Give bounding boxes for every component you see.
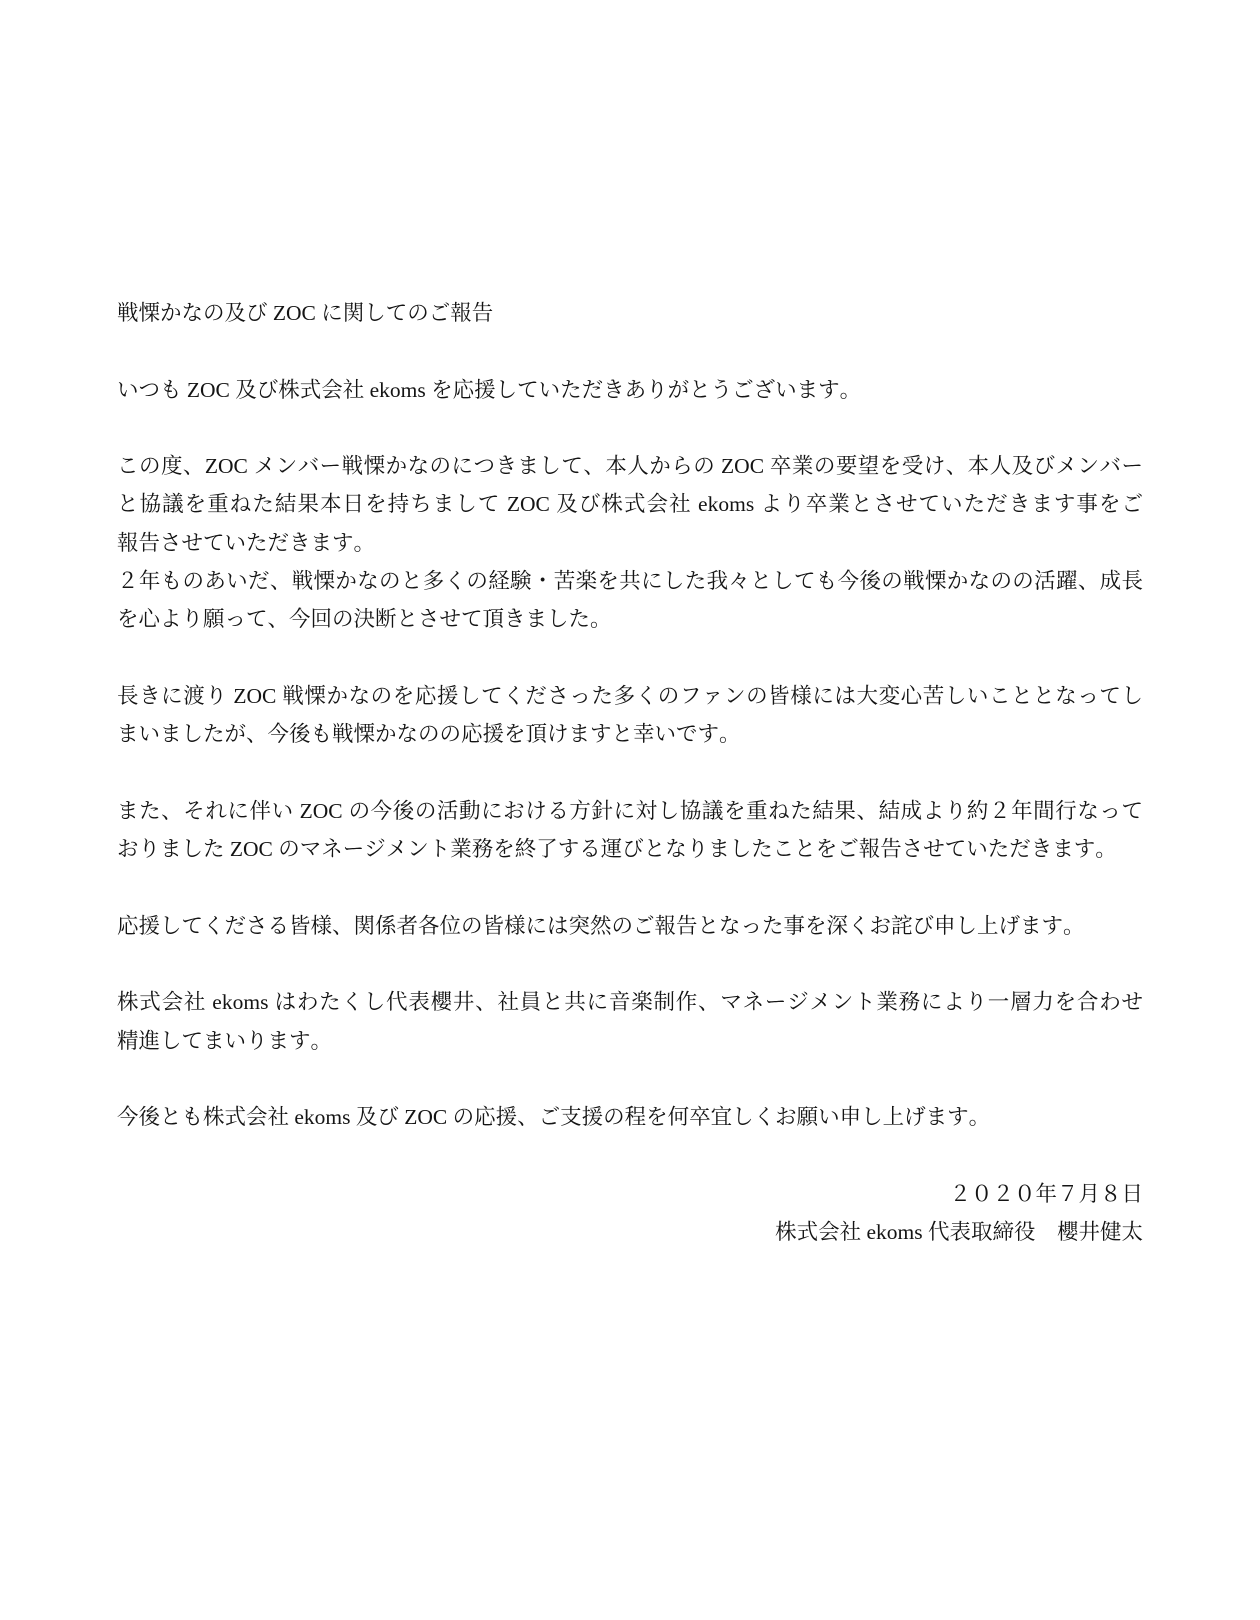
text-line: 精進してまいります。 [117,1022,1143,1060]
paragraph: 応援してくださる皆様、関係者各位の皆様には突然のご報告となった事を深くお詫び申し… [117,907,1143,945]
text-line: 株式会社 ekoms はわたくし代表櫻井、社員と共に音楽制作、マネージメント業務… [117,983,1143,1021]
text-line: を心より願って、今回の決断とさせて頂きました。 [117,600,1143,638]
text-line: と協議を重ねた結果本日を持ちまして ZOC 及び株式会社 ekoms より卒業と… [117,485,1143,523]
paragraph: 今後とも株式会社 ekoms 及び ZOC の応援、ご支援の程を何卒宜しくお願い… [117,1098,1143,1136]
paragraph: いつも ZOC 及び株式会社 ekoms を応援していただきありがとうございます… [117,371,1143,409]
text-line: 今後とも株式会社 ekoms 及び ZOC の応援、ご支援の程を何卒宜しくお願い… [117,1098,1143,1136]
text-line: ２年ものあいだ、戦慄かなのと多くの経験・苦楽を共にした我々としても今後の戦慄かな… [117,562,1143,600]
paragraph: この度、ZOC メンバー戦慄かなのにつきまして、本人からの ZOC 卒業の要望を… [117,447,1143,638]
paragraph: 株式会社 ekoms はわたくし代表櫻井、社員と共に音楽制作、マネージメント業務… [117,983,1143,1060]
text-line: 応援してくださる皆様、関係者各位の皆様には突然のご報告となった事を深くお詫び申し… [117,907,1143,945]
document-body: 戦慄かなの及び ZOC に関してのご報告 いつも ZOC 及び株式会社 ekom… [117,294,1143,1290]
title-block: 戦慄かなの及び ZOC に関してのご報告 [117,294,1143,332]
document-page: 戦慄かなの及び ZOC に関してのご報告 いつも ZOC 及び株式会社 ekom… [0,0,1260,1620]
paragraph: また、それに伴い ZOC の今後の活動における方針に対し協議を重ねた結果、結成よ… [117,792,1143,869]
signature-line: 株式会社 ekoms 代表取締役 櫻井健太 [117,1213,1143,1251]
text-line: また、それに伴い ZOC の今後の活動における方針に対し協議を重ねた結果、結成よ… [117,792,1143,830]
text-line: 報告させていただきます。 [117,524,1143,562]
text-line: 長きに渡り ZOC 戦慄かなのを応援してくださった多くのファンの皆様には大変心苦… [117,677,1143,715]
paragraph: 長きに渡り ZOC 戦慄かなのを応援してくださった多くのファンの皆様には大変心苦… [117,677,1143,754]
document-title: 戦慄かなの及び ZOC に関してのご報告 [117,294,1143,332]
text-line: いつも ZOC 及び株式会社 ekoms を応援していただきありがとうございます… [117,371,1143,409]
date-line: ２０２０年７月８日 [117,1175,1143,1213]
text-line: この度、ZOC メンバー戦慄かなのにつきまして、本人からの ZOC 卒業の要望を… [117,447,1143,485]
text-line: おりました ZOC のマネージメント業務を終了する運びとなりましたことをご報告さ… [117,830,1143,868]
closing-block: ２０２０年７月８日 株式会社 ekoms 代表取締役 櫻井健太 [117,1175,1143,1252]
paragraphs-container: いつも ZOC 及び株式会社 ekoms を応援していただきありがとうございます… [117,371,1143,1137]
text-line: まいましたが、今後も戦慄かなのの応援を頂けますと幸いです。 [117,715,1143,753]
